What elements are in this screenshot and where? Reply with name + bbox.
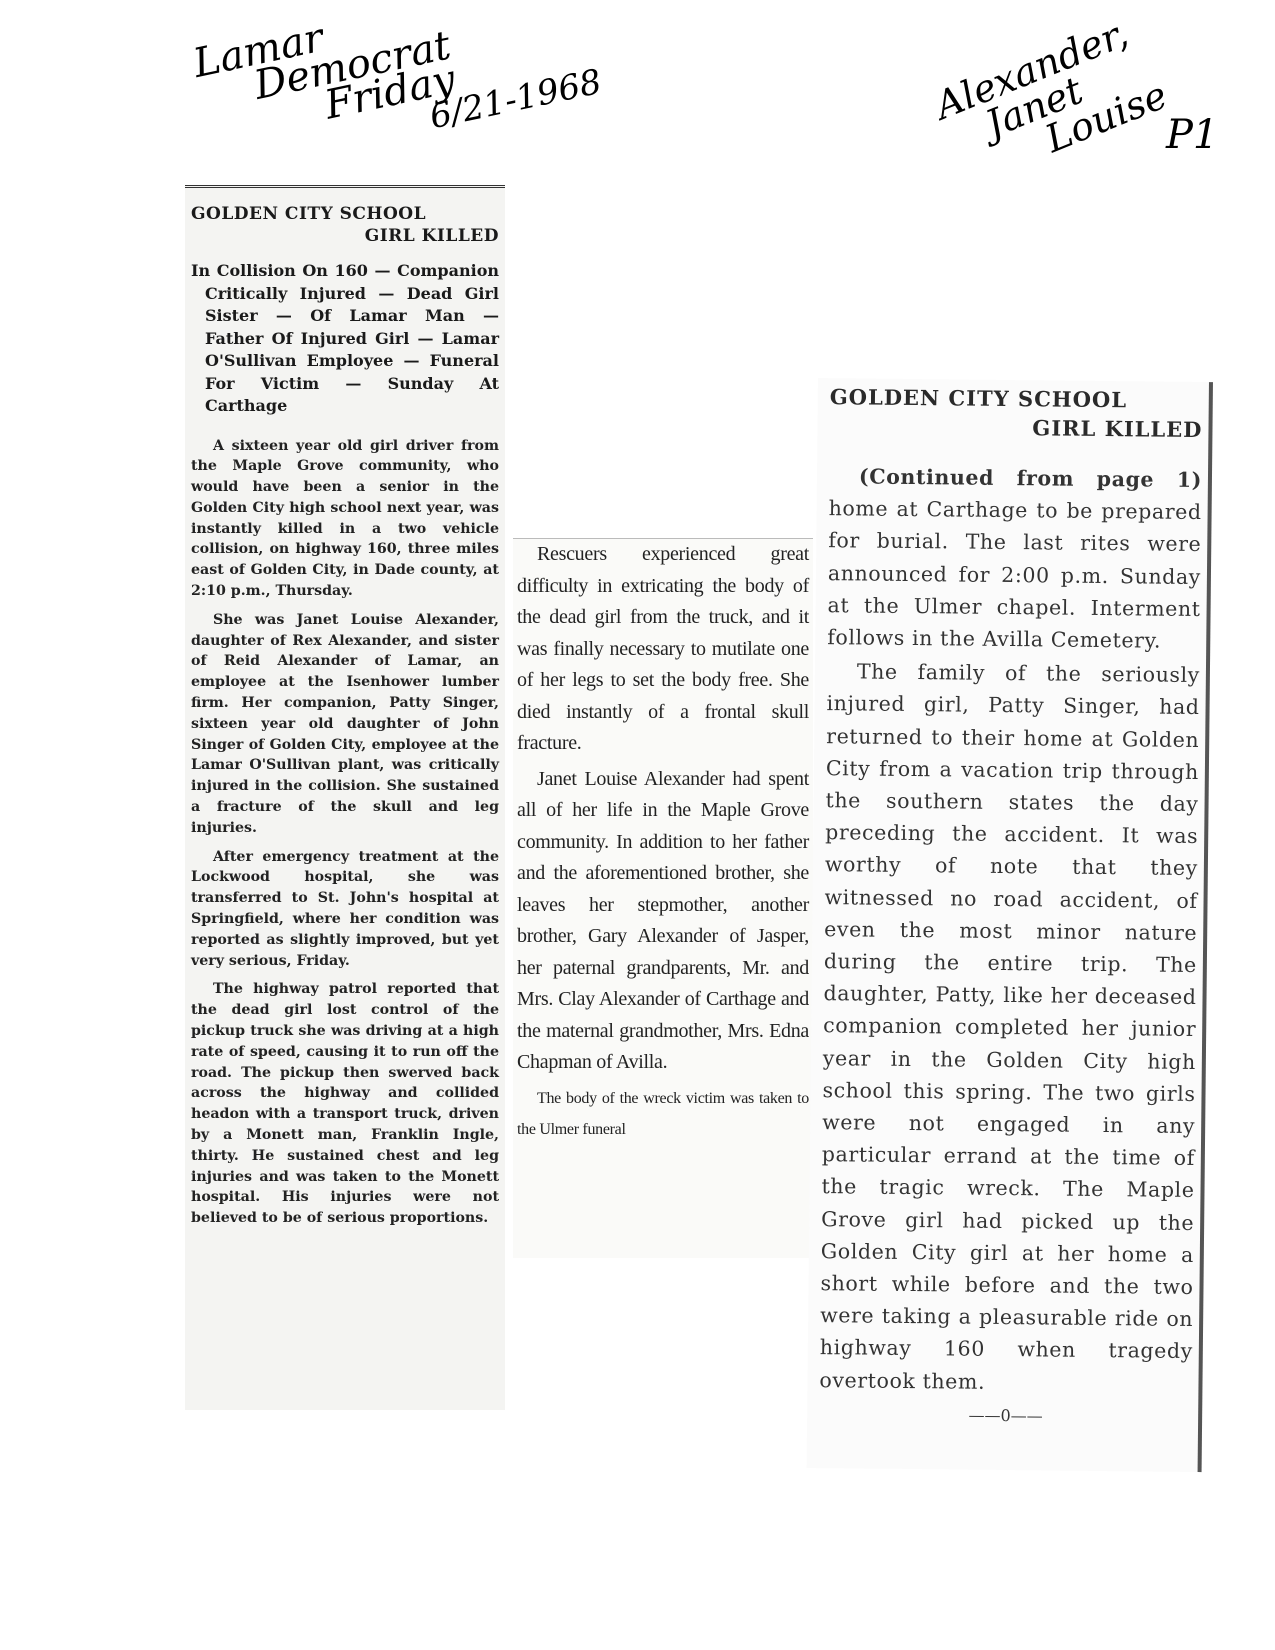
headline-line-2: GIRL KILLED — [829, 413, 1202, 442]
note-page-ref: P1 — [1166, 115, 1218, 155]
headline-line-1: GOLDEN CITY SCHOOL — [191, 204, 499, 224]
subheadline-deck: In Collision On 160 — Companion Critical… — [191, 260, 499, 418]
headline-line-2: GIRL KILLED — [191, 226, 499, 246]
paragraph-text: home at Carthage to be prepared for buri… — [827, 496, 1202, 652]
paragraph: Janet Louise Alexander had spent all of … — [517, 764, 809, 1079]
handwritten-name-note: Alexander, Janet Louise P1 — [930, 9, 1172, 192]
paragraph: (Continued from page 1) home at Carthage… — [827, 460, 1202, 657]
paragraph: Rescuers experienced great difficulty in… — [517, 539, 809, 760]
clipping-middle-column: Rescuers experienced great difficulty in… — [513, 538, 813, 1258]
paragraph: The body of the wreck victim was taken t… — [517, 1083, 809, 1146]
clipping-continuation: GOLDEN CITY SCHOOL GIRL KILLED (Continue… — [807, 378, 1213, 1472]
paragraph: After emergency treatment at the Lockwoo… — [191, 847, 499, 972]
article-body: A sixteen year old girl driver from the … — [191, 436, 499, 1229]
headline-line-1: GOLDEN CITY SCHOOL — [830, 384, 1203, 413]
article-body: Rescuers experienced great difficulty in… — [517, 539, 809, 1146]
paragraph: A sixteen year old girl driver from the … — [191, 436, 499, 602]
article-body: (Continued from page 1) home at Carthage… — [819, 460, 1202, 1400]
continued-note: (Continued from page 1) — [859, 464, 1202, 492]
clipping-front-page: GOLDEN CITY SCHOOL GIRL KILLED In Collis… — [185, 185, 505, 1410]
paragraph: She was Janet Louise Alexander, daughter… — [191, 610, 499, 839]
handwritten-source-note: Lamar Democrat Friday 6/21-1968 — [190, 0, 604, 180]
paragraph: The family of the seriously injured girl… — [819, 655, 1200, 1400]
paragraph: The highway patrol reported that the dea… — [191, 979, 499, 1229]
end-mark: ——0—— — [819, 1404, 1192, 1427]
